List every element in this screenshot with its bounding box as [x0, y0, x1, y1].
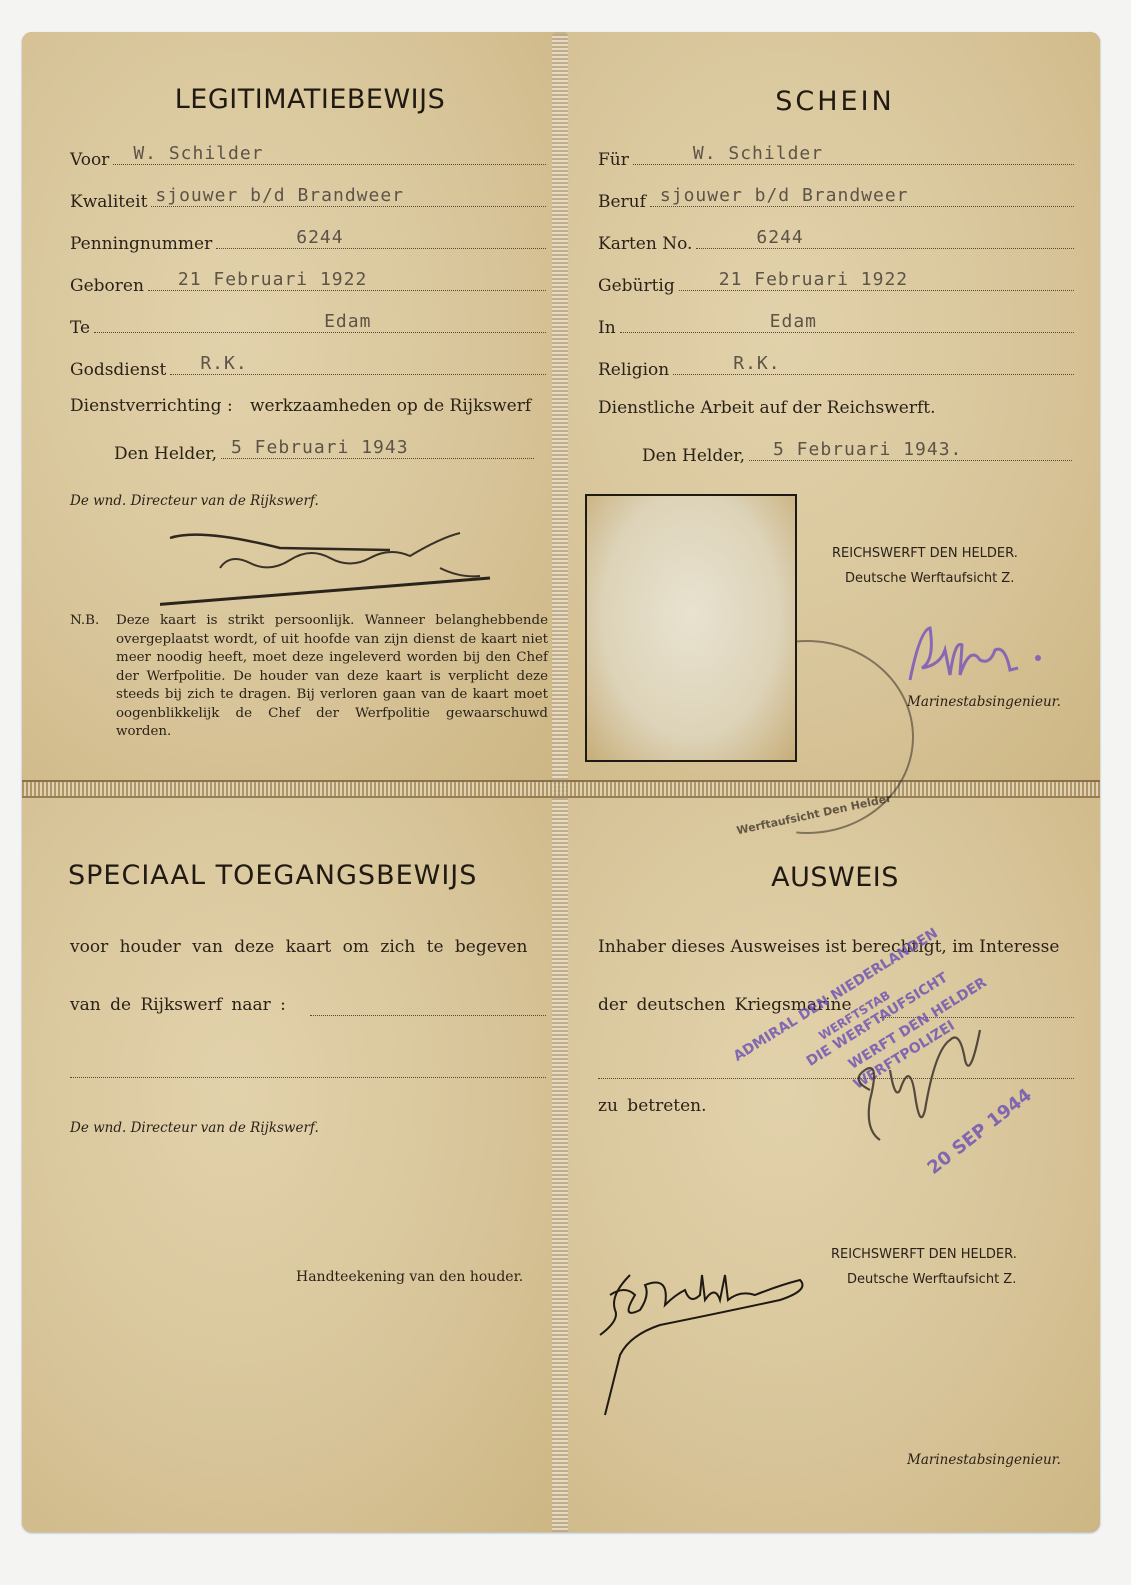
schein-service-text: Dienstliche Arbeit auf der Reichswerft.: [598, 398, 935, 418]
horizontal-fold-seam: [22, 780, 1100, 798]
schein-field-label: Beruf: [598, 192, 646, 212]
legitimatie-field-label: Penningnummer: [70, 234, 212, 254]
legitimatie-field-row: Geboren21 Februari 1922: [70, 272, 546, 296]
schein-field-value: 21 Februari 1922: [719, 269, 908, 290]
schein-field-row: ReligionR.K.: [598, 356, 1074, 380]
legitimatie-field-value: Edam: [324, 311, 371, 332]
legitimatie-field-label: Te: [70, 318, 90, 338]
schein-field-label: In: [598, 318, 616, 338]
schein-field-label: Religion: [598, 360, 669, 380]
director-signature: [160, 528, 500, 608]
legitimatie-signatory: De wnd. Directeur van de Rijkswerf.: [70, 493, 319, 509]
legitimatie-nb-note: N.B. Deze kaart is strikt persoonlijk. W…: [70, 612, 548, 742]
ausweis-line3: zu betreten.: [598, 1096, 707, 1116]
legitimatie-field-row: TeEdam: [70, 314, 546, 338]
ausweis-line1: Inhaber dieses Ausweises ist berechtigt,…: [598, 937, 1059, 957]
panel-speciaal-toegangsbewijs: [22, 792, 554, 1532]
schein-title: SCHEIN: [580, 86, 1090, 117]
legitimatie-date: 5 Februari 1943: [231, 437, 409, 458]
ausweis-signatory: Marinestabsingenieur.: [907, 1452, 1061, 1468]
legitimatie-title: LEGITIMATIEBEWIJS: [70, 84, 550, 115]
schein-place-label: Den Helder,: [642, 446, 745, 466]
schein-field-row: FürW. Schilder: [598, 146, 1074, 170]
schein-field-value: R.K.: [733, 353, 780, 374]
legitimatie-field-value: sjouwer b/d Brandweer: [155, 185, 404, 206]
legitimatie-service-text: werkzaamheden op de Rijkswerf: [250, 396, 531, 416]
toegang-title: SPECIAAL TOEGANGSBEWIJS: [68, 860, 548, 891]
legitimatie-field-value: 21 Februari 1922: [178, 269, 367, 290]
nb-label: N.B.: [70, 612, 99, 631]
nb-text: Deze kaart is strikt persoonlijk. Wannee…: [116, 612, 548, 742]
schein-org-line2: Deutsche Werftaufsicht Z.: [845, 571, 1014, 586]
legitimatie-field-label: Kwaliteit: [70, 192, 147, 212]
ausweis-org-line2: Deutsche Werftaufsicht Z.: [847, 1272, 1016, 1287]
legitimatie-field-label: Geboren: [70, 276, 144, 296]
legitimatie-field-value: W. Schilder: [133, 143, 263, 164]
official-signature: [840, 1000, 1000, 1150]
legitimatie-field-label: Voor: [70, 150, 109, 170]
legitimatie-service-label: Dienstverrichting :: [70, 396, 233, 416]
schein-field-value: W. Schilder: [693, 143, 823, 164]
legitimatie-field-row: Penningnummer6244: [70, 230, 546, 254]
schein-date-row: Den Helder, 5 Februari 1943.: [642, 442, 1072, 466]
toegang-destination-line: [310, 1015, 546, 1016]
schein-field-row: Berufsjouwer b/d Brandweer: [598, 188, 1074, 212]
toegang-line2: van de Rijkswerf naar :: [70, 995, 286, 1015]
ausweis-org-line1: REICHSWERFT DEN HELDER.: [831, 1247, 1017, 1262]
schein-field-row: InEdam: [598, 314, 1074, 338]
legitimatie-field-value: R.K.: [200, 353, 247, 374]
legitimatie-place-label: Den Helder,: [114, 444, 217, 464]
legitimatie-field-row: Kwaliteitsjouwer b/d Brandweer: [70, 188, 546, 212]
schein-field-value: Edam: [770, 311, 817, 332]
legitimatie-field-value: 6244: [296, 227, 343, 248]
schein-field-value: sjouwer b/d Brandweer: [660, 185, 909, 206]
legitimatie-field-row: VoorW. Schilder: [70, 146, 546, 170]
toegang-destination-line-2: [70, 1077, 546, 1078]
holder-signature: [590, 1265, 810, 1425]
schein-field-label: Für: [598, 150, 629, 170]
schein-field-label: Karten No.: [598, 234, 692, 254]
ausweis-title: AUSWEIS: [580, 862, 1090, 893]
schein-field-row: Gebürtig21 Februari 1922: [598, 272, 1074, 296]
legitimatie-date-row: Den Helder, 5 Februari 1943: [114, 440, 534, 464]
schein-date: 5 Februari 1943.: [773, 439, 962, 460]
ahlers-signature: [900, 620, 1050, 690]
schein-org-line1: REICHSWERFT DEN HELDER.: [832, 546, 1018, 561]
legitimatie-field-label: Godsdienst: [70, 360, 166, 380]
schein-field-value: 6244: [756, 227, 803, 248]
toegang-signatory: De wnd. Directeur van de Rijkswerf.: [70, 1120, 319, 1136]
ausweis-area-line-2: [598, 1078, 1074, 1079]
holder-signature-label: Handteekening van den houder.: [296, 1269, 523, 1285]
legitimatie-field-row: GodsdienstR.K.: [70, 356, 546, 380]
schein-signatory: Marinestabsingenieur.: [907, 694, 1061, 710]
schein-field-label: Gebürtig: [598, 276, 675, 296]
schein-field-row: Karten No.6244: [598, 230, 1074, 254]
toegang-line1: voor houder van deze kaart om zich te be…: [70, 937, 527, 957]
photo-frame: [585, 494, 797, 762]
